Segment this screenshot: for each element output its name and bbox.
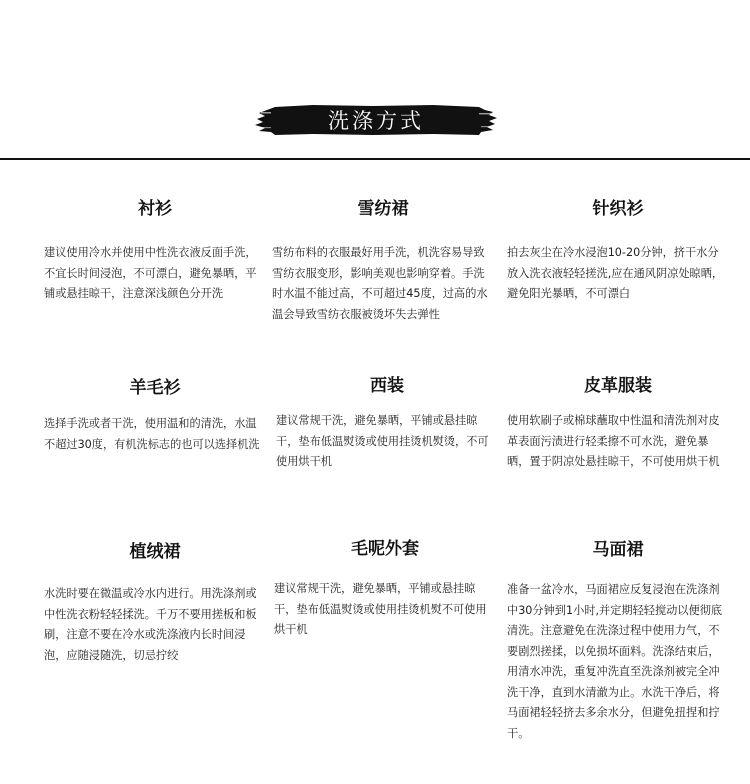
card-body: 雪纺布料的衣服最好用手洗，机洗容易导致雪纺衣服变形，影响美观也影响穿着。手洗时水…: [272, 243, 494, 325]
card-body: 水洗时要在微温或冷水内进行。用洗涤剂或中性洗衣粉轻轻揉洗。千万不要用搓板和板刷，…: [44, 584, 266, 666]
card-body: 准备一盆冷水，马面裙应反复浸泡在洗涤剂中30分钟到1小时,并定期轻轻搅动以便彻底…: [507, 580, 729, 744]
section-title-banner: 洗涤方式: [253, 103, 499, 137]
card-title: 植绒裙: [44, 540, 266, 564]
care-card-knitwear: 针织衫 拍去灰尘在冷水浸泡10-20分钟，挤干水分放入洗衣液轻轻搓洗,应在通风阴…: [507, 197, 729, 305]
card-body: 选择手洗或者干洗，使用温和的清洗，水温不超过30度，有机洗标志的也可以选择机洗: [44, 414, 266, 455]
card-body: 拍去灰尘在冷水浸泡10-20分钟，挤干水分放入洗衣液轻轻搓洗,应在通风阴凉处晾晒…: [507, 243, 729, 305]
divider: [0, 158, 750, 160]
page-title: 洗涤方式: [253, 103, 499, 137]
card-title: 西装: [276, 374, 498, 398]
care-card-wool-sweater: 羊毛衫 选择手洗或者干洗，使用温和的清洗，水温不超过30度，有机洗标志的也可以选…: [44, 376, 266, 455]
care-card-shirt: 衬衫 建议使用冷水并使用中性洗衣液反面手洗，不宜长时间浸泡，不可漂白，避免暴晒，…: [44, 197, 266, 305]
care-card-leather: 皮革服装 使用软刷子或棉球蘸取中性温和清洗剂对皮革表面污渍进行轻柔擦不可水洗，避…: [507, 374, 729, 473]
card-body: 使用软刷子或棉球蘸取中性温和清洗剂对皮革表面污渍进行轻柔擦不可水洗，避免暴晒，置…: [507, 411, 729, 473]
card-title: 雪纺裙: [272, 197, 494, 221]
card-title: 羊毛衫: [44, 376, 266, 400]
card-title: 针织衫: [507, 197, 729, 221]
card-title: 衬衫: [44, 197, 266, 221]
care-card-chiffon-skirt: 雪纺裙 雪纺布料的衣服最好用手洗，机洗容易导致雪纺衣服变形，影响美观也影响穿着。…: [272, 197, 494, 325]
care-card-suit: 西装 建议常规干洗，避免暴晒，平铺或悬挂晾干，垫布低温熨烫或使用挂烫机熨烫，不可…: [276, 374, 498, 473]
card-body: 建议使用冷水并使用中性洗衣液反面手洗，不宜长时间浸泡，不可漂白，避免暴晒，平铺或…: [44, 243, 266, 305]
card-body: 建议常规干洗，避免暴晒，平铺或悬挂晾干，垫布低温熨烫或使用挂烫机熨烫，不可使用烘…: [276, 411, 498, 473]
card-body: 建议常规干洗，避免暴晒，平铺或悬挂晾干，垫布低温熨烫或使用挂烫机熨不可使用烘干机: [274, 579, 496, 641]
care-card-mamian-skirt: 马面裙 准备一盆冷水，马面裙应反复浸泡在洗涤剂中30分钟到1小时,并定期轻轻搅动…: [507, 538, 729, 744]
card-title: 马面裙: [507, 538, 729, 562]
care-card-wool-coat: 毛呢外套 建议常规干洗，避免暴晒，平铺或悬挂晾干，垫布低温熨烫或使用挂烫机熨不可…: [274, 537, 496, 641]
card-title: 皮革服装: [507, 374, 729, 398]
care-card-flocked-skirt: 植绒裙 水洗时要在微温或冷水内进行。用洗涤剂或中性洗衣粉轻轻揉洗。千万不要用搓板…: [44, 540, 266, 666]
card-title: 毛呢外套: [274, 537, 496, 561]
